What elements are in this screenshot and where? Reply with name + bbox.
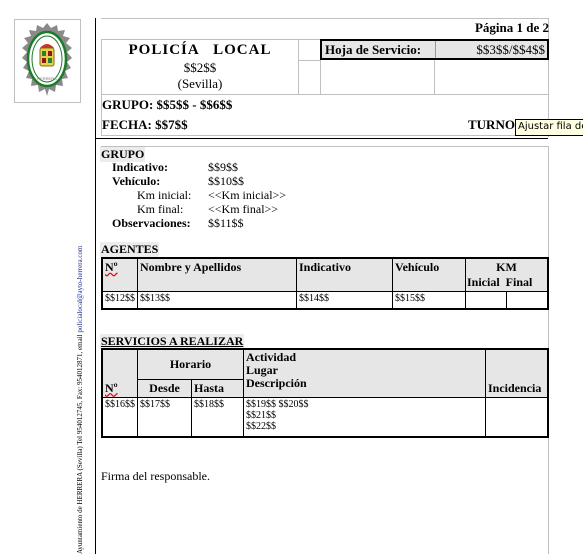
observaciones-value: $$11$$ [208, 216, 244, 231]
agente-num-cell[interactable]: $$12$$ [102, 292, 138, 309]
servicio-incidencia-cell[interactable] [486, 397, 549, 437]
observaciones-label: Observaciones: [112, 216, 191, 231]
indicativo-value: $$9$$ [208, 160, 238, 175]
margin-contact-text: Ayuntamiento de HERRERA (Sevilla) Tel 95… [76, 174, 84, 554]
table-row[interactable]: $$16$$ $$17$$ $$18$$ $$19$$ $$20$$ $$21$… [102, 397, 548, 437]
vehiculo-value: $$10$$ [208, 174, 244, 189]
servicio-lugar-line: $$21$$ [246, 410, 483, 421]
km-inicial-label: Km inicial: [137, 188, 191, 203]
servicios-section-title: SERVICIOS A REALIZAR [100, 334, 244, 349]
agente-nombre-cell[interactable]: $$13$$ [138, 292, 297, 309]
actividad-header: Actividad [246, 351, 483, 364]
km-final-label: Km final: [137, 202, 183, 217]
agentes-section-title: AGENTES [100, 242, 159, 257]
agente-vehiculo-cell[interactable]: $$15$$ [393, 292, 466, 309]
servicio-hasta-cell[interactable]: $$18$$ [192, 397, 244, 437]
hoja-servicio-label: Hoja de Servicio: [325, 42, 421, 58]
agente-km-inicial-cell[interactable] [466, 292, 507, 309]
servicio-actividad-line: $$19$$ $$20$$ [246, 399, 483, 410]
vehiculo-label: Vehículo: [112, 174, 160, 189]
title-block: POLICÍA LOCAL $$2$$ (Sevilla) [102, 40, 298, 92]
servicios-header-num: Nº [105, 381, 118, 395]
agentes-header-nombre: Nombre y Apellidos [138, 258, 297, 292]
grupo-header: GRUPO: $$5$$ - $$6$$ [102, 97, 232, 113]
title-location: (Sevilla) [102, 76, 298, 92]
km-final-header: Final [506, 275, 533, 289]
servicios-header-horario: Horario [138, 349, 244, 379]
servicio-descripcion-line: $$22$$ [246, 421, 483, 432]
hoja-servicio-row[interactable]: Hoja de Servicio: $$3$$/$$4$$ [320, 39, 549, 60]
badge-icon: HERRERA [15, 20, 80, 102]
police-badge-logo: HERRERA [14, 19, 81, 103]
servicios-header-hasta: Hasta [192, 379, 244, 397]
svg-text:HERRERA: HERRERA [37, 76, 57, 81]
agentes-header-num: Nº [105, 260, 118, 274]
page-title: POLICÍA LOCAL [102, 40, 298, 60]
agente-indicativo-cell[interactable]: $$14$$ [297, 292, 393, 309]
agentes-header-indicativo: Indicativo [297, 258, 393, 292]
km-header-label: KM [467, 260, 546, 275]
km-final-value: <<Km final>> [208, 202, 278, 217]
servicios-header-desde: Desde [138, 379, 192, 397]
servicios-table: Nº Horario Actividad Lugar Descripción I… [101, 348, 549, 438]
title-placeholder: $$2$$ [102, 60, 298, 76]
servicios-header-actividad: Actividad Lugar Descripción [244, 349, 486, 397]
agentes-table: Nº Nombre y Apellidos Indicativo Vehícul… [101, 257, 549, 310]
km-inicial-value: <<Km inicial>> [208, 188, 286, 203]
servicio-actividad-cell[interactable]: $$19$$ $$20$$ $$21$$ $$22$$ [244, 397, 486, 437]
turno-header: TURNO: [468, 117, 519, 133]
margin-email-link[interactable]: policialocal@ayto-herrera.com [76, 246, 84, 333]
margin-line [95, 18, 96, 554]
tooltip: Ajustar fila de [515, 119, 583, 136]
hoja-servicio-value: $$3$$/$$4$$ [476, 42, 545, 58]
agentes-header-km: KM Inicial Final [466, 258, 549, 292]
page-indicator: Página 1 de 2 [475, 20, 549, 36]
descripcion-header: Descripción [246, 377, 483, 390]
indicativo-label: Indicativo: [112, 160, 168, 175]
servicios-header-incidencia: Incidencia [486, 349, 549, 397]
table-row[interactable]: $$12$$ $$13$$ $$14$$ $$15$$ [102, 292, 548, 309]
km-inicial-header: Inicial [467, 275, 500, 289]
header-divider [95, 138, 548, 139]
agente-km-final-cell[interactable] [507, 292, 549, 309]
fecha-header: FECHA: $$7$$ [102, 117, 188, 133]
servicio-num-cell[interactable]: $$16$$ [102, 397, 138, 437]
margin-contact-prefix: Ayuntamiento de HERRERA (Sevilla) Tel 95… [76, 333, 84, 554]
agentes-header-vehiculo: Vehículo [393, 258, 466, 292]
firma-responsable: Firma del responsable. [101, 469, 210, 484]
servicio-desde-cell[interactable]: $$17$$ [138, 397, 192, 437]
